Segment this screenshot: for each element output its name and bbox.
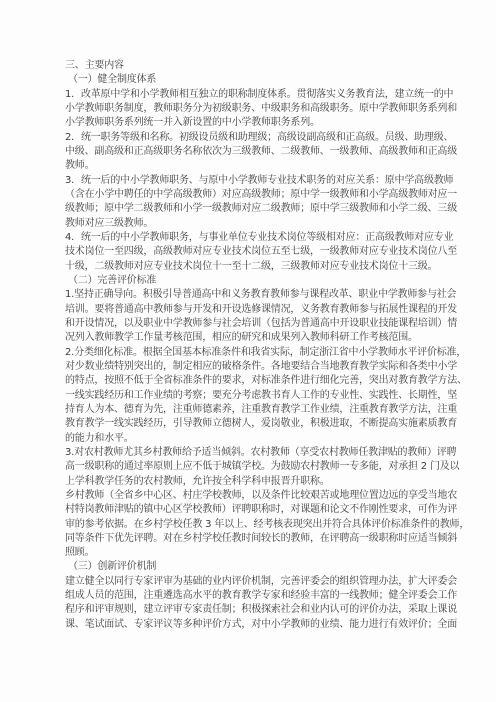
- text-line: 程序和评审规则，建立评审专家责任制；积极探索社会和业内认可的评价办法，采取上课说: [65, 603, 447, 617]
- text-line: 1．改革原中学和小学教师相互独立的职称制度体系。贯彻落实义务教育法，建立统一的中: [65, 88, 447, 102]
- text-line: 1.坚持正确导向。积极引导普通高中和义务教育教师参与课程改革、职业中学教师参与社…: [65, 288, 447, 302]
- text-line: 况列入教师教学工作量考核范围，相应的研究和成果列入教师科研工作考核范围。: [65, 331, 447, 345]
- text-line: 同等条件下优先评聘。对在乡村学校任教时间较长的教师，在评聘高一级职称时应适当倾斜: [65, 532, 447, 546]
- text-line: 照顾。: [65, 546, 447, 560]
- text-line: 2．统一职务等级和名称。初级设员级和助理级；高级设副高级和正高级。员级、助理级、: [65, 131, 447, 145]
- text-line: 的特点，按照不低于全省标准条件的要求，对标准条件进行细化完善，突出对教育教学方法…: [65, 374, 447, 388]
- text-line: 建立健全以同行专家评审为基础的业内评价机制，完善评委会的组织管理办法，扩大评委会: [65, 575, 447, 589]
- text-line: 持育人为本、德育为先，注重师德素养，注重教育教学工作业绩，注重教育教学方法，注重: [65, 403, 447, 417]
- text-line: 小学教师职务制度，教师职务分为初级职务、中级职务和高级职务。原中学教师职务系列和: [65, 102, 447, 116]
- text-line: 乡村教师（全省乡中心区、村庄学校教师，以及条件比较艰苦或地理位置边远的享受当地农: [65, 489, 447, 503]
- document-page: 三、主要内容 （一）健全制度体系1．改革原中学和小学教师相互独立的职称制度体系。…: [0, 0, 496, 702]
- text-line: 小学教师职务系列统一并入新设置的中小学教师职务系列。: [65, 116, 447, 130]
- text-line: 高一级职称的通过率原则上应不低于城镇学校。为鼓励农村教师一专多能，对承担 2 门…: [65, 460, 447, 474]
- text-line: 组成人员的范围，注重遴选高水平的教育教学专家和经验丰富的一线教师；健全评委会工作: [65, 589, 447, 603]
- text-line: 3.对农村教师尤其乡村教师给予适当倾斜。农村教师（享受农村教师任教津贴的教师）评…: [65, 446, 447, 460]
- text-line: 三、主要内容: [65, 59, 447, 73]
- text-line: 中级、副高级和正高级职务名称依次为三级教师、二级教师、一级教师、高级教师和正高级: [65, 145, 447, 159]
- text-line: 4．统一后的中小学教师职务，与事业单位专业技术岗位等级相对应：正高级教师对应专业: [65, 231, 447, 245]
- text-line: 上学科教学任务的农村教师，允许按全科学科申报晋升职称。: [65, 475, 447, 489]
- text-line: 村特岗教师津贴的镇中心区学校教师）评聘职称时，对课题和论文不作刚性要求，可作为评: [65, 503, 447, 517]
- text-line: （一）健全制度体系: [65, 73, 447, 87]
- text-line: 十级，二级教师对应专业技术岗位十一至十二级，三级教师对应专业技术岗位十三级。: [65, 260, 447, 274]
- document-body: 三、主要内容 （一）健全制度体系1．改革原中学和小学教师相互独立的职称制度体系。…: [65, 59, 447, 632]
- text-line: 课、笔试面试、专家评议等多种评价方式，对中小学教师的业绩、能力进行有效评价；全面: [65, 618, 447, 632]
- text-line: 技术岗位一至四级，高级教师对应专业技术岗位五至七级，一级教师对应专业技术岗位八至: [65, 245, 447, 259]
- text-line: 一线实践经历和工作业绩的考察；要充分考虑教书育人工作的专业性、实践性、长期性，坚: [65, 389, 447, 403]
- text-line: 级教师；原中学二级教师和小学一级教师对应二级教师；原中学三级教师和小学二级、三级: [65, 202, 447, 216]
- text-line: 教师对应三级教师。: [65, 217, 447, 231]
- text-line: （三）创新评价机制: [65, 560, 447, 574]
- text-line: （含在小学中聘任的中学高级教师）对应高级教师；原中学一级教师和小学高级教师对应一: [65, 188, 447, 202]
- text-line: 对少数业绩特别突出的，制定相应的破格条件。各地要结合当地教育教学实际和各类中小学: [65, 360, 447, 374]
- text-line: 和开设情况，以及职业中学教师参与社会培训（包括为普通高中开设职业技能课程培训）情: [65, 317, 447, 331]
- text-line: 2.分类细化标准。根据全国基本标准条件和我省实际，制定浙江省中小学教师水平评价标…: [65, 346, 447, 360]
- text-line: 审的参考依据。在乡村学校任教 3 年以上、经考核表现突出并符合具体评价标准条件的…: [65, 518, 447, 532]
- text-line: 培训。要将普通高中教师参与开发和开设选修课情况，义务教育教师参与拓展性课程的开发: [65, 303, 447, 317]
- text-line: 的能力和水平。: [65, 432, 447, 446]
- text-line: 教育教学一线实践经历，引导教师立德树人，爱岗敬业，积极进取，不断提高实施素质教育: [65, 417, 447, 431]
- text-line: 教师。: [65, 159, 447, 173]
- text-line: 3．统一后的中小学教师职务、与原中小学教师专业技术职务的对应关系：原中学高级教师: [65, 174, 447, 188]
- text-line: （二）完善评价标准: [65, 274, 447, 288]
